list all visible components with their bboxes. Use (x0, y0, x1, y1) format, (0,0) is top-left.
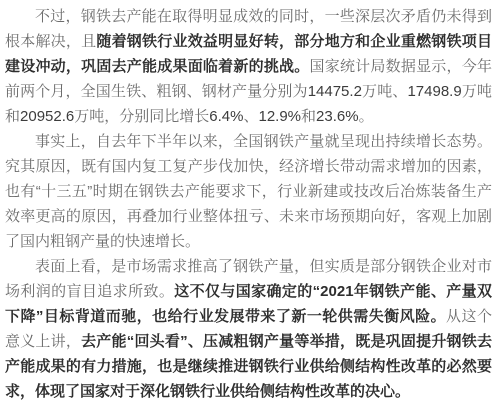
text-run-normal: 万吨，分别同比增长 (74, 108, 209, 125)
text-run-num: 17498.9 (407, 83, 461, 100)
text-run-normal: 、 (243, 108, 258, 125)
text-run-normal: 和 (301, 108, 316, 125)
text-run-normal: 万吨、 (362, 83, 408, 100)
text-run-num: 14475.2 (308, 83, 362, 100)
text-run-normal: 。 (359, 108, 374, 125)
paragraph-1: 不过，钢铁去产能在取得明显成效的同时，一些深层次矛盾仍未得到根本解决，且随着钢铁… (5, 4, 492, 129)
text-run-num: 23.6% (316, 108, 359, 125)
paragraph-3: 表面上看，是市场需求推高了钢铁产量，但实质是部分钢铁企业对市场利润的盲目追求所致… (5, 254, 492, 400)
text-run-num: 12.9% (258, 108, 301, 125)
text-run-num: 6.4% (209, 108, 243, 125)
paragraph-2: 事实上，自去年下半年以来，全国钢铁产量就呈现出持续增长态势。究其原因，既有国内复… (5, 129, 492, 254)
text-run-normal: 事实上，自去年下半年以来，全国钢铁产量就呈现出持续增长态势。究其原因，既有国内复… (5, 133, 492, 250)
text-run-num: 20952.6 (20, 108, 74, 125)
article-body: 不过，钢铁去产能在取得明显成效的同时，一些深层次矛盾仍未得到根本解决，且随着钢铁… (0, 0, 500, 400)
